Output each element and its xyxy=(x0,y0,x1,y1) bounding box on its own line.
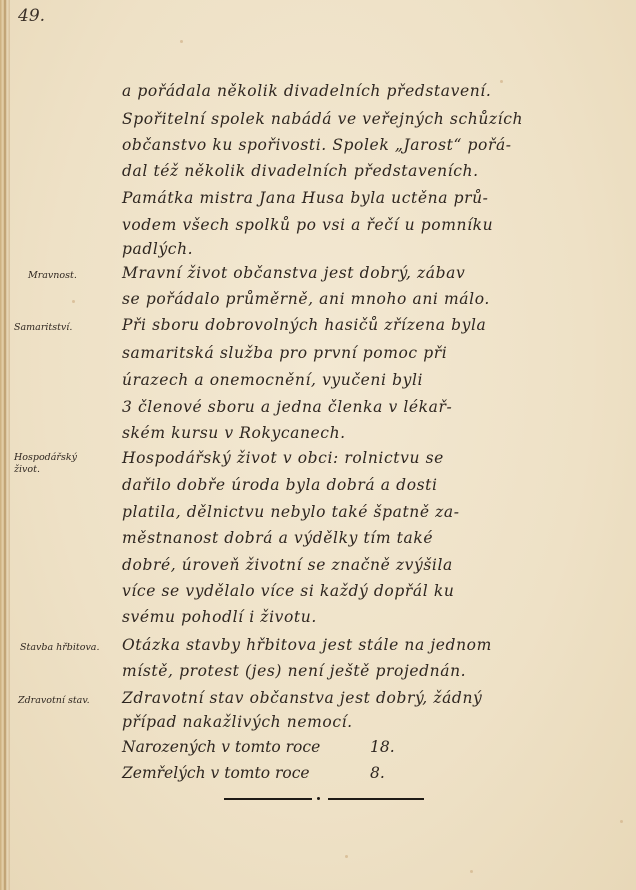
text-line: Hospodářský život v obci: rolnictvu se xyxy=(122,449,444,467)
text-line: dařilo dobře úroda byla dobrá a dosti xyxy=(122,476,438,494)
text-line: ském kursu v Rokycanech. xyxy=(122,424,346,442)
book-binding-edge xyxy=(0,0,10,890)
text-line: občanstvo ku spořivosti. Spolek „Jarost“… xyxy=(122,136,512,154)
text-line: Zdravotní stav občanstva jest dobrý, žád… xyxy=(122,689,482,707)
stat-value: 18. xyxy=(370,738,395,756)
page-number: 49. xyxy=(18,6,45,26)
text-line: případ nakažlivých nemocí. xyxy=(122,713,353,731)
margin-label-stavba-hrbitova: Stavba hřbitova. xyxy=(20,642,100,653)
text-line: Památka mistra Jana Husa byla uctěna prů… xyxy=(122,189,489,207)
text-line: se pořádalo průměrně, ani mnoho ani málo… xyxy=(122,290,490,308)
text-line: Otázka stavby hřbitova jest stále na jed… xyxy=(122,636,492,654)
margin-label-zdravotni-stav: Zdravotní stav. xyxy=(18,695,90,706)
text-line: místě, protest (jes) není ještě projedná… xyxy=(122,662,466,680)
stat-births: Narozených v tomto roce 18. xyxy=(122,738,320,756)
closing-rule-right xyxy=(328,798,424,800)
paper-speck xyxy=(345,855,348,858)
text-line: dal též několik divadelních představeníc… xyxy=(122,162,479,180)
text-line: 3 členové sboru a jedna členka v lékař- xyxy=(122,398,452,416)
text-line: a pořádala několik divadelních představe… xyxy=(122,82,491,100)
text-line: Při sboru dobrovolných hasičů zřízena by… xyxy=(122,316,486,334)
text-line: městnanost dobrá a výdělky tím také xyxy=(122,529,433,547)
paper-speck xyxy=(72,300,75,303)
text-line: padlých. xyxy=(122,240,193,258)
text-line: samaritská služba pro první pomoc při xyxy=(122,344,447,362)
text-line: platila, dělnictvu nebylo také špatně za… xyxy=(122,503,460,521)
text-line: více se vydělalo více si každý dopřál ku xyxy=(122,582,454,600)
text-line: svému pohodlí i životu. xyxy=(122,608,317,626)
closing-rule-left xyxy=(224,798,312,800)
stat-label: Narozených v tomto roce xyxy=(122,738,320,756)
text-line: Mravní život občanstva jest dobrý, zábav xyxy=(122,264,465,282)
paper-speck xyxy=(620,820,623,823)
margin-label-hospodarsky-zivot: Hospodářský život. xyxy=(14,452,94,476)
stat-label: Zemřelých v tomto roce xyxy=(122,764,310,782)
stat-value: 8. xyxy=(370,764,385,782)
paper-speck xyxy=(470,870,473,873)
text-line: Spořitelní spolek nabádá ve veřejných sc… xyxy=(122,110,523,128)
paper-speck xyxy=(500,80,503,83)
margin-label-samaritstvi: Samaritství. xyxy=(14,322,72,333)
document-page: 49. a pořádala několik divadelních předs… xyxy=(0,0,636,890)
closing-rule-dot xyxy=(317,797,320,800)
stat-deaths: Zemřelých v tomto roce 8. xyxy=(122,764,310,782)
margin-label-mravnost: Mravnost. xyxy=(28,270,77,281)
text-line: úrazech a onemocnění, vyučeni byli xyxy=(122,371,423,389)
text-line: vodem všech spolků po vsi a řečí u pomní… xyxy=(122,216,493,234)
paper-speck xyxy=(180,40,183,43)
text-line: dobré, úroveň životní se značně zvýšila xyxy=(122,556,453,574)
